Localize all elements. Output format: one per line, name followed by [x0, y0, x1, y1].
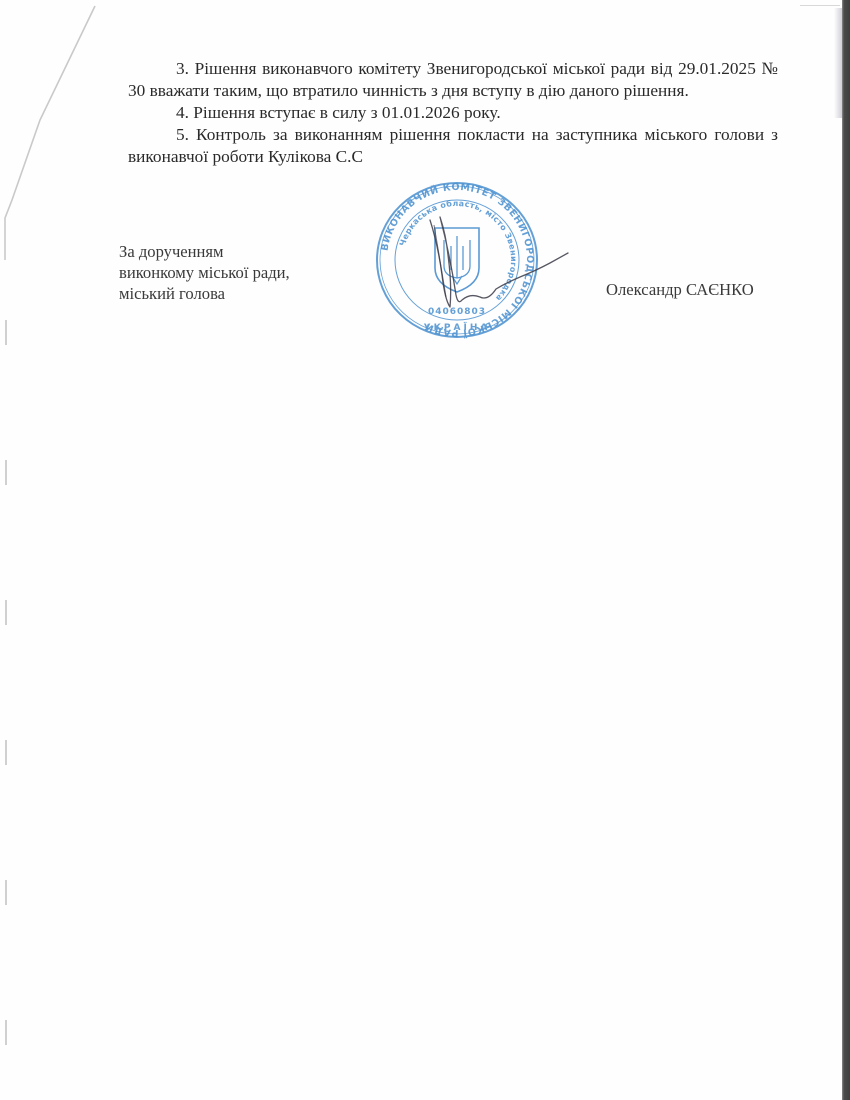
signature-title-block: За дорученням виконкому міської ради, мі… — [119, 241, 290, 304]
scan-fold-line — [0, 0, 120, 260]
scan-right-shadow — [834, 8, 842, 118]
paragraph-3: 3. Рішення виконавчого комітету Звенигор… — [128, 58, 778, 102]
signer-name: Олександр САЄНКО — [606, 280, 754, 300]
signature-line-1: За дорученням — [119, 241, 290, 262]
scan-top-edge — [800, 5, 840, 6]
scanned-document-page: 3. Рішення виконавчого комітету Звенигор… — [0, 0, 850, 1100]
scan-right-edge — [842, 0, 850, 1100]
paragraph-5: 5. Контроль за виконанням рішення поклас… — [128, 124, 778, 168]
signature-line-3: міський голова — [119, 283, 290, 304]
scan-left-edge-noise — [5, 260, 7, 1100]
decision-body: 3. Рішення виконавчого комітету Звенигор… — [128, 58, 778, 168]
signature-line-2: виконкому міської ради, — [119, 262, 290, 283]
paragraph-4: 4. Рішення вступає в силу з 01.01.2026 р… — [128, 102, 778, 124]
handwritten-signature — [410, 205, 570, 315]
stamp-country: УКРАЇНА — [424, 322, 491, 333]
